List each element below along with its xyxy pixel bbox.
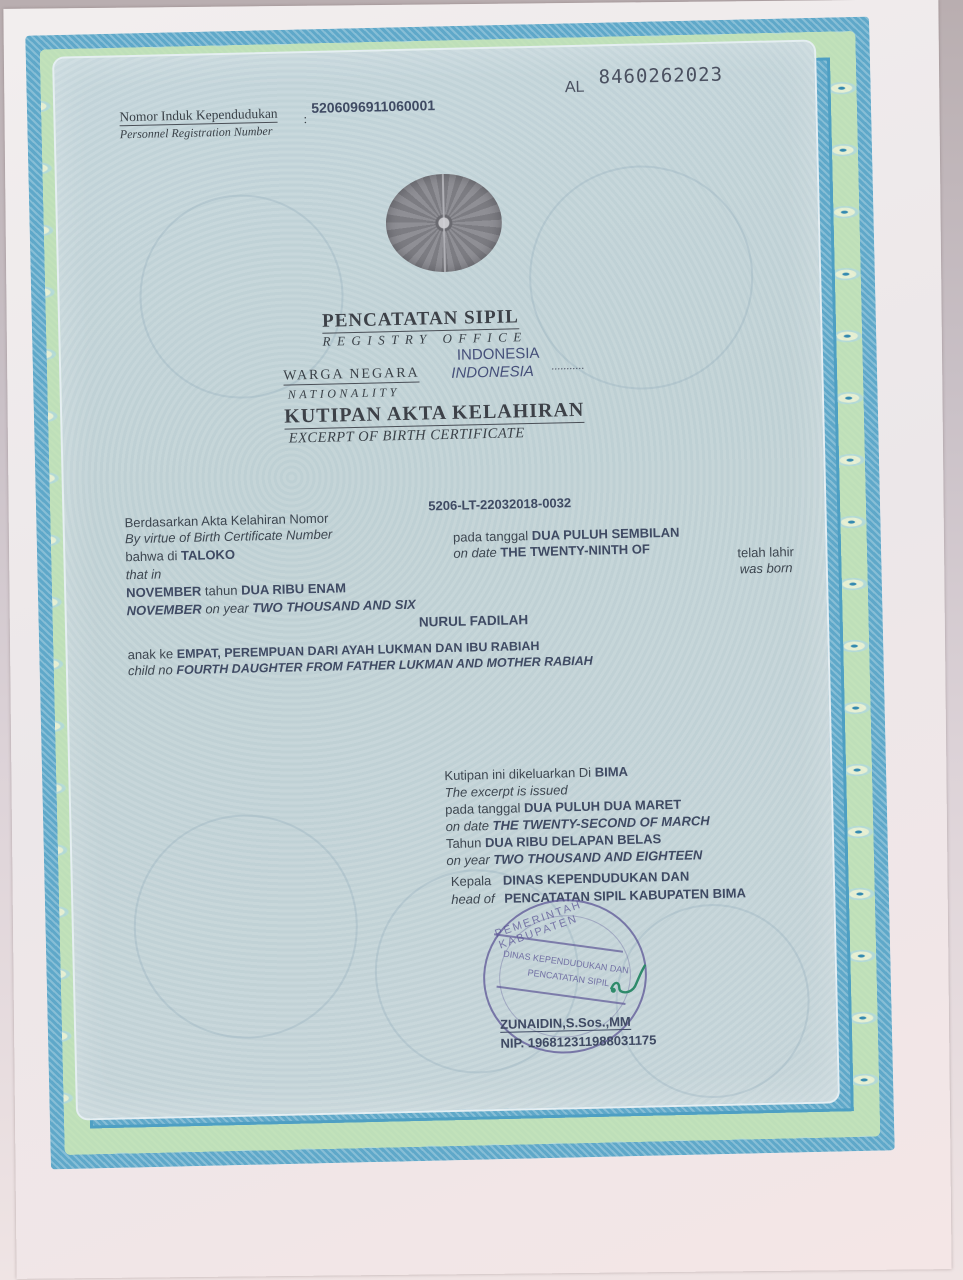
nik-label-en: Personnel Registration Number bbox=[120, 124, 273, 142]
child-name: NURUL FADILAH bbox=[419, 612, 529, 629]
cert-number: 5206-LT-22032018-0032 bbox=[428, 495, 571, 513]
hologram-seal bbox=[385, 173, 503, 274]
birth-date-label-en: on date bbox=[453, 545, 497, 561]
issued-label-en: The excerpt is issued bbox=[445, 782, 568, 800]
issued-date: DUA PULUH DUA MARET bbox=[524, 797, 682, 816]
nationality-value: INDONESIA bbox=[457, 345, 540, 364]
birth-date-value-en: THE TWENTY-NINTH OF bbox=[500, 541, 650, 559]
child-no-label: anak ke bbox=[127, 646, 173, 662]
nationality-label: WARGA NEGARA bbox=[283, 366, 420, 386]
place-value: TALOKO bbox=[181, 547, 235, 563]
nationality-value-en: INDONESIA bbox=[451, 363, 534, 382]
issued-year-en: TWO THOUSAND AND EIGHTEEN bbox=[493, 847, 702, 867]
issued-date-en: THE TWENTY-SECOND OF MARCH bbox=[492, 813, 709, 833]
born-label-en: was born bbox=[740, 560, 793, 576]
nik-label: Nomor Induk Kependudukan bbox=[119, 106, 278, 127]
official-name: ZUNAIDIN,S.Sos.,MM bbox=[500, 1014, 631, 1033]
place-label: bahwa di bbox=[125, 548, 177, 564]
issued-label: Kutipan ini dikeluarkan Di bbox=[444, 765, 591, 783]
birth-year: DUA RIBU ENAM bbox=[241, 580, 346, 597]
official-nip: NIP. 196812311988031175 bbox=[500, 1032, 656, 1051]
nik-value: 5206096911060001 bbox=[311, 97, 435, 116]
birth-date-label: pada tanggal bbox=[453, 528, 529, 545]
serial-prefix: AL bbox=[565, 79, 585, 97]
birth-month: NOVEMBER bbox=[126, 584, 201, 601]
place-label-en: that in bbox=[126, 566, 162, 582]
birth-month-en: NOVEMBER bbox=[126, 602, 201, 619]
document-title: KUTIPAN AKTA KELAHIRAN bbox=[284, 399, 585, 430]
head-office-1: DINAS KEPENDUDUKAN DAN bbox=[503, 869, 690, 888]
serial-number: 8460262023 bbox=[598, 64, 723, 89]
issued-year: DUA RIBU DELAPAN BELAS bbox=[485, 831, 662, 850]
signature bbox=[605, 963, 656, 998]
birth-date-value: DUA PULUH SEMBILAN bbox=[532, 525, 680, 543]
nationality-label-en: NATIONALITY bbox=[288, 385, 400, 403]
certificate-panel: Nomor Induk Kependudukan Personnel Regis… bbox=[52, 39, 840, 1120]
issued-place: BIMA bbox=[595, 764, 629, 780]
birth-year-en: TWO THOUSAND AND SIX bbox=[252, 597, 416, 616]
born-label: telah lahir bbox=[737, 544, 794, 560]
child-no-label-en: child no bbox=[128, 662, 173, 678]
